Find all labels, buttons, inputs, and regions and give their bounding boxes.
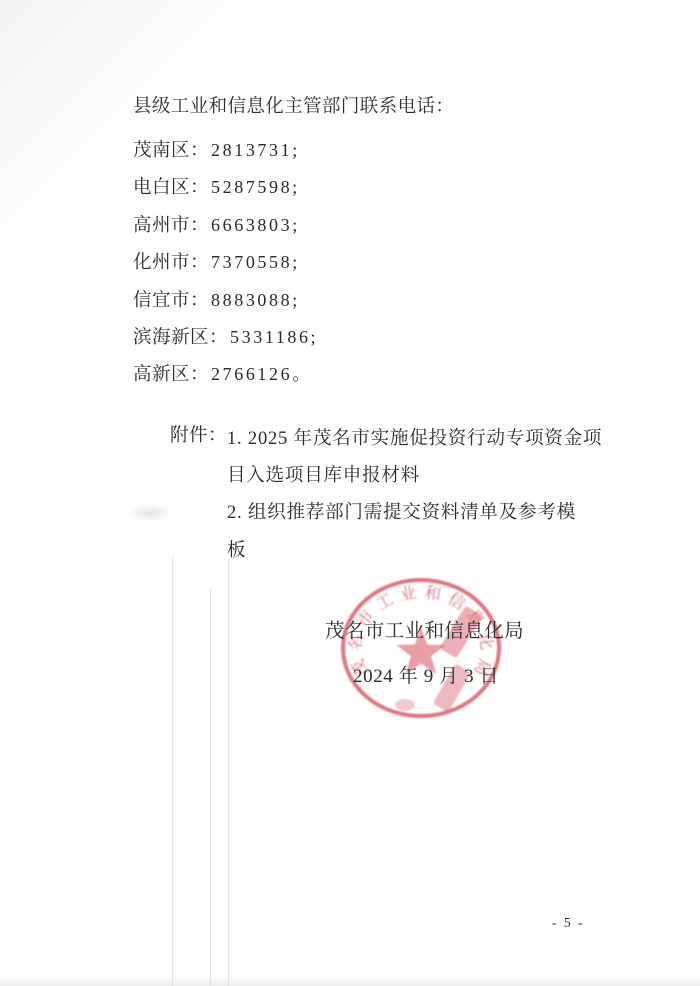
district-label: 高新区： — [133, 365, 209, 385]
contact-section: 县级工业和信息化主管部门联系电话： 茂南区：2813731; 电白区：52875… — [133, 92, 454, 394]
scan-smudge — [128, 504, 172, 522]
attachment-line: 目入选项目库申报材料 — [227, 458, 597, 495]
attachments-label: 附件： — [170, 421, 227, 447]
document-page: 县级工业和信息化主管部门联系电话： 茂南区：2813731; 电白区：52875… — [0, 0, 700, 986]
attachment-line: 板 — [227, 533, 597, 570]
section-heading: 县级工业和信息化主管部门联系电话： — [133, 92, 454, 118]
phone-number: 7370558; — [211, 252, 300, 272]
official-seal: 茂名市工业和信息化局 — [339, 577, 503, 719]
contact-row: 茂南区：2813731; — [133, 132, 454, 169]
contact-row: 电白区：5287598; — [133, 169, 454, 206]
page-number: - 5 - — [552, 915, 585, 931]
contact-row: 化州市：7370558; — [133, 244, 454, 281]
phone-number: 5331186; — [230, 327, 318, 347]
district-label: 滨海新区： — [133, 328, 228, 348]
fold-line — [172, 556, 173, 986]
phone-number: 2766126。 — [211, 364, 313, 384]
attachment-line: 1. 2025 年茂名市实施促投资行动专项资金项 — [227, 421, 597, 458]
fold-line — [228, 560, 229, 986]
contact-row: 高新区：2766126。 — [133, 356, 454, 393]
phone-number: 2813731; — [211, 140, 300, 160]
contact-list: 茂南区：2813731; 电白区：5287598; 高州市：6663803; 化… — [133, 132, 454, 394]
contact-row: 信宜市：8883088; — [133, 282, 454, 319]
district-label: 化州市： — [133, 253, 209, 273]
fold-line — [210, 588, 211, 986]
scan-shade — [0, 976, 700, 986]
signature-date: 2024 年 9 月 3 日 — [353, 661, 499, 688]
district-label: 信宜市： — [133, 291, 209, 311]
district-label: 茂南区： — [133, 141, 209, 161]
district-label: 高州市： — [133, 216, 209, 236]
attachments-list: 1. 2025 年茂名市实施促投资行动专项资金项 目入选项目库申报材料 2. 组… — [227, 421, 597, 570]
agency-signature: 茂名市工业和信息化局 — [325, 615, 524, 643]
contact-row: 滨海新区：5331186; — [133, 319, 454, 356]
seal-smear — [395, 699, 415, 711]
attachment-line: 2. 组织推荐部门需提交资料清单及参考模 — [227, 495, 597, 532]
contact-row: 高州市：6663803; — [133, 207, 454, 244]
phone-number: 5287598; — [211, 177, 300, 197]
phone-number: 8883088; — [211, 290, 300, 310]
phone-number: 6663803; — [211, 215, 300, 235]
district-label: 电白区： — [133, 178, 209, 198]
